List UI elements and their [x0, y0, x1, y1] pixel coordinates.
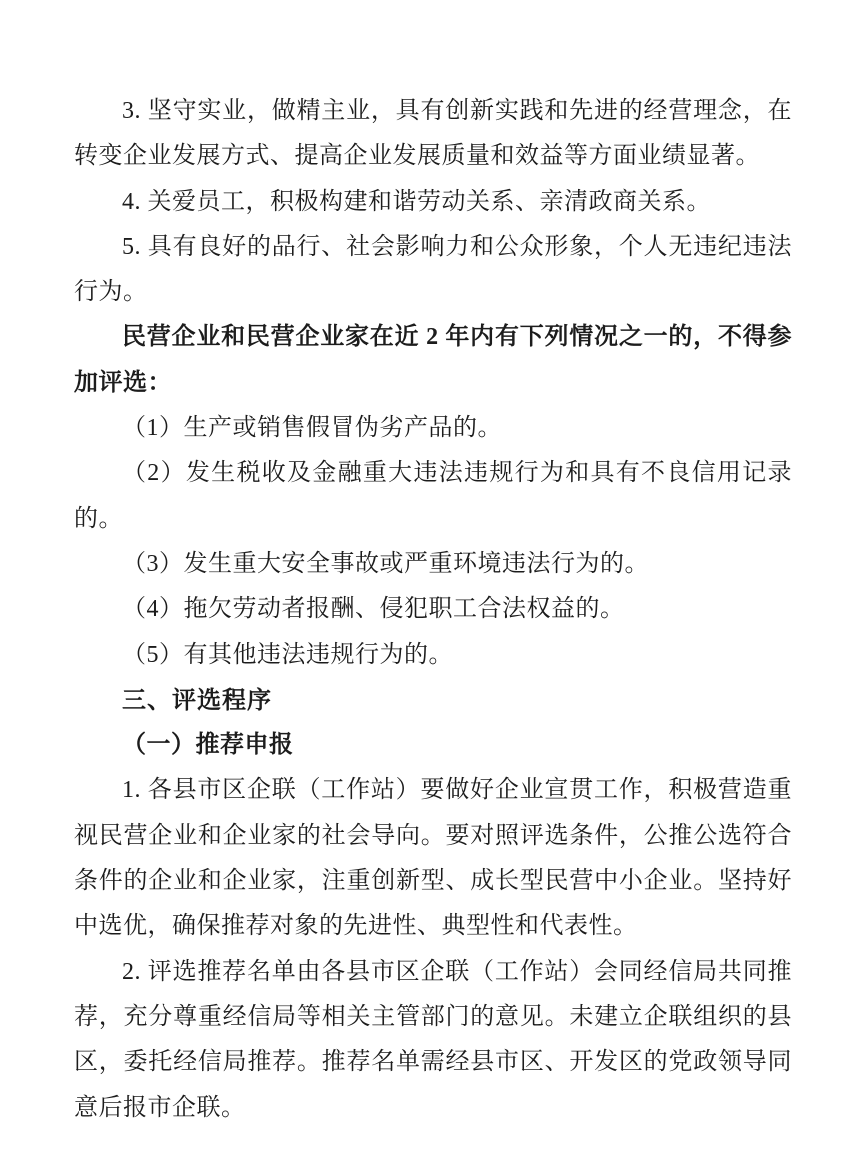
body-paragraph: （1）生产或销售假冒伪劣产品的。: [74, 406, 792, 451]
body-paragraph: 1. 各县市区企联（工作站）要做好企业宣贯工作，积极营造重视民营企业和企业家的社…: [74, 768, 792, 949]
body-paragraph: （3）发生重大安全事故或严重环境违法行为的。: [74, 542, 792, 587]
body-paragraph: 4. 关爱员工，积极构建和谐劳动关系、亲清政商关系。: [74, 180, 792, 225]
body-paragraph: 3. 坚守实业，做精主业，具有创新实践和先进的经营理念，在转变企业发展方式、提高…: [74, 89, 792, 180]
body-paragraph: （5）有其他违法违规行为的。: [74, 633, 792, 678]
document-content: 3. 坚守实业，做精主业，具有创新实践和先进的经营理念，在转变企业发展方式、提高…: [74, 89, 792, 1131]
section-heading: 三、评选程序: [74, 678, 792, 723]
body-paragraph: 5. 具有良好的品行、社会影响力和公众形象，个人无违纪违法行为。: [74, 225, 792, 316]
subsection-heading: （一）推荐申报: [74, 723, 792, 768]
body-paragraph: 2. 评选推荐名单由各县市区企联（工作站）会同经信局共同推荐，充分尊重经信局等相…: [74, 950, 792, 1131]
body-paragraph: （2）发生税收及金融重大违法违规行为和具有不良信用记录的。: [74, 451, 792, 542]
body-paragraph: （4）拖欠劳动者报酬、侵犯职工合法权益的。: [74, 587, 792, 632]
emphasis-paragraph: 民营企业和民营企业家在近 2 年内有下列情况之一的，不得参加评选：: [74, 315, 792, 406]
document-page: 3. 坚守实业，做精主业，具有创新实践和先进的经营理念，在转变企业发展方式、提高…: [0, 0, 846, 1171]
